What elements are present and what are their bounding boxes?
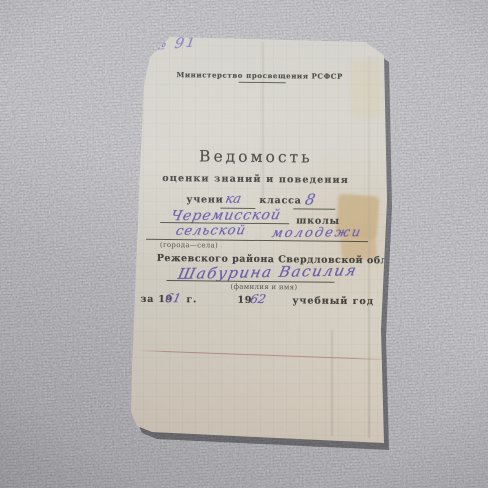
photo-vignette [0,0,488,488]
photo-scene: № 91 Министерство просвещения РСФСР Ведо… [0,0,488,488]
